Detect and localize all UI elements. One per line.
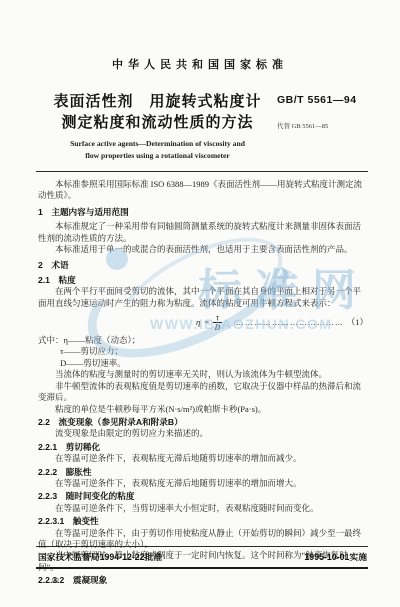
where-eta-line: 式中：η——粘度（动态）； xyxy=(38,335,368,346)
title-line2: 测定粘度和流动性质的方法 xyxy=(38,112,277,133)
standard-number: GB/T 5561—94 xyxy=(277,94,374,106)
section-2-heading: 2 术语 xyxy=(38,260,368,271)
viscosity-definition: 在两个平行平面间受剪切的流体，其中一个平面在其自身的平面上相对于另一个平面用直线… xyxy=(38,286,368,309)
equation-left-side: η = τ D xyxy=(196,313,222,332)
viscosity-unit-paragraph: 粘度的单位是牛顿秒每平方米(N·s/m²)或帕斯卡秒(Pa·s)。 xyxy=(38,404,368,415)
section-2-2-heading: 2.2 流变现象（参见附录A和附录B） xyxy=(38,417,368,428)
equation-number: （1） xyxy=(347,317,368,328)
fraction-denominator: D xyxy=(215,323,221,332)
effective-date: 1995-10-01实施 xyxy=(304,550,367,563)
newton-equation: η = τ D …………………………………… （1） xyxy=(196,313,368,332)
fraction-numerator: τ xyxy=(213,313,222,323)
replaces-note: 代替 GB 5561—85 xyxy=(277,121,374,130)
scope-paragraph-2: 本标准适用于单一的或混合的表面活性剂，也适用于主要含表面活性剂的产品。 xyxy=(38,244,368,255)
english-title-line1: Surface active agents—Determination of v… xyxy=(38,138,277,150)
title-line1: 表面活性剂 用旋转式粘度计 xyxy=(38,91,277,112)
where-tau-line: τ——剪切应力； xyxy=(38,346,368,357)
document-body: 本标准参照采用国际标准 ISO 6388—1989《表面活性剂——用旋转式粘度计… xyxy=(0,172,400,587)
title-block: 表面活性剂 用旋转式粘度计 测定粘度和流动性质的方法 Surface activ… xyxy=(0,91,400,162)
document-page: 中华人民共和国国家标准 表面活性剂 用旋转式粘度计 测定粘度和流动性质的方法 S… xyxy=(0,0,400,607)
scope-paragraph-1: 本标准规定了一种采用带有同轴圆筒测量系统的旋转式粘度计来测量非固体表面活性剂的流… xyxy=(38,221,368,244)
section-1-heading: 1 主题内容与适用范围 xyxy=(38,207,368,218)
page-footer: 国家技术监督局1994-12-22批准 1995-10-01实施 92 xyxy=(0,546,400,585)
approval-row: 国家技术监督局1994-12-22批准 1995-10-01实施 xyxy=(0,547,400,566)
standard-number-column: GB/T 5561—94 代替 GB 5561—85 xyxy=(277,91,374,162)
non-newtonian-paragraph: 非牛顿型流体的表观粘度值是剪切速率的函数，它取决于仪器中样品的热滞后和流变滞后。 xyxy=(38,381,368,404)
dilatancy-paragraph: 在等温可逆条件下，表观粘度无滞后地随剪切速率的增加而增大。 xyxy=(38,478,368,489)
section-2-2-1-heading: 2.2.1 剪切稀化 xyxy=(38,442,368,453)
equals-sign: = xyxy=(204,317,209,328)
section-2-2-3-1-heading: 2.2.3.1 触变性 xyxy=(38,516,368,527)
time-dependent-paragraph: 在等温可逆条件下，当剪切速率大小恒定时，表观粘度随时间而变化。 xyxy=(38,503,368,514)
equation-eta: η xyxy=(196,317,200,328)
english-title-line2: flow properties using a rotational visco… xyxy=(38,150,277,162)
footer-divider-thick xyxy=(36,567,368,569)
intro-paragraph: 本标准参照采用国际标准 ISO 6388—1989《表面活性剂——用旋转式粘度计… xyxy=(38,179,368,202)
shear-thinning-paragraph: 在等温可逆条件下，表观粘度无滞后地随剪切速率的增加而减少。 xyxy=(38,453,368,464)
section-2-1-heading: 2.1 粘度 xyxy=(38,275,368,286)
section-2-2-2-heading: 2.2.2 膨胀性 xyxy=(38,467,368,478)
fraction: τ D xyxy=(213,313,222,332)
where-d-line: D——剪切速率。 xyxy=(38,358,368,369)
leader-dots: …………………………………… xyxy=(236,317,343,328)
title-column: 表面活性剂 用旋转式粘度计 测定粘度和流动性质的方法 Surface activ… xyxy=(38,91,277,162)
section-2-2-3-heading: 2.2.3 随时间变化的粘度 xyxy=(38,491,368,502)
national-standard-header: 中华人民共和国国家标准 xyxy=(0,56,400,72)
rheology-paragraph: 流变现象是由限定的剪切应力来描述的。 xyxy=(38,428,368,439)
approval-authority: 国家技术监督局1994-12-22批准 xyxy=(38,550,162,563)
newtonian-paragraph: 当流体的粘度与测量时的剪切速率无关时，则认为该流体为牛顿型流体。 xyxy=(38,369,368,380)
page-number: 92 xyxy=(52,577,400,585)
